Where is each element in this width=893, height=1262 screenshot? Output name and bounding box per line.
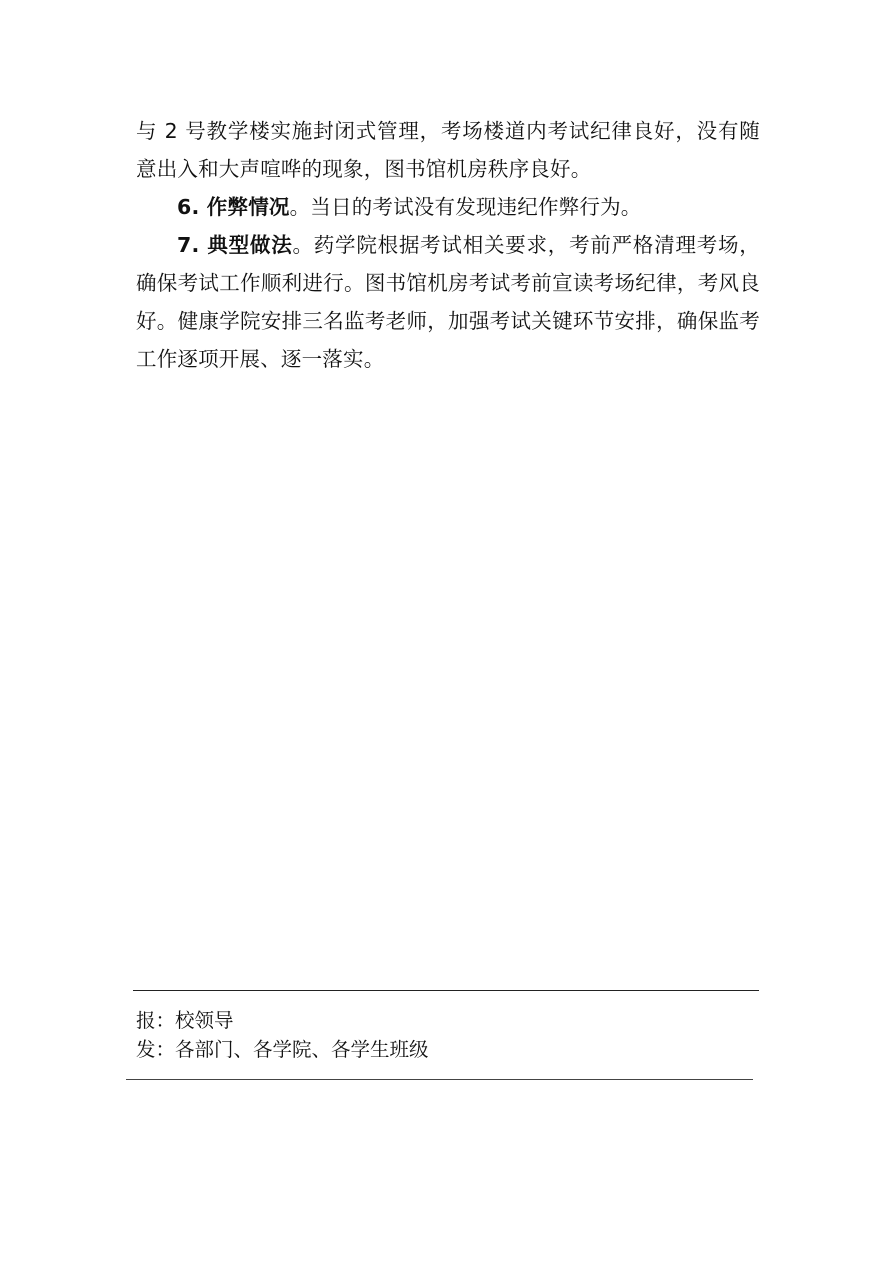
distribution-block: 报：校领导 发：各部门、各学院、各学生班级 bbox=[136, 1006, 429, 1064]
document-body: 与 2 号教学楼实施封闭式管理，考场楼道内考试纪律良好，没有随意出入和大声喧哗的… bbox=[136, 112, 760, 378]
paragraph-continuation: 与 2 号教学楼实施封闭式管理，考场楼道内考试纪律良好，没有随意出入和大声喧哗的… bbox=[136, 112, 760, 188]
item-heading: 6. 作弊情况 bbox=[177, 195, 290, 219]
report-to-label: 报： bbox=[136, 1009, 175, 1032]
paragraph-item-7: 7. 典型做法。药学院根据考试相关要求，考前严格清理考场，确保考试工作顺利进行。… bbox=[136, 226, 760, 378]
distribution-top-divider bbox=[133, 990, 759, 991]
distribution-bottom-divider bbox=[126, 1079, 753, 1080]
report-to-line: 报：校领导 bbox=[136, 1006, 429, 1035]
item-heading: 7. 典型做法 bbox=[177, 233, 292, 257]
send-to-value: 各部门、各学院、各学生班级 bbox=[175, 1038, 429, 1061]
paragraph-text: 。当日的考试没有发现违纪作弊行为。 bbox=[290, 195, 642, 219]
document-page: 与 2 号教学楼实施封闭式管理，考场楼道内考试纪律良好，没有随意出入和大声喧哗的… bbox=[0, 0, 893, 1262]
paragraph-text: 与 2 号教学楼实施封闭式管理，考场楼道内考试纪律良好，没有随意出入和大声喧哗的… bbox=[136, 119, 760, 181]
send-to-line: 发：各部门、各学院、各学生班级 bbox=[136, 1035, 429, 1064]
report-to-value: 校领导 bbox=[175, 1009, 234, 1032]
paragraph-item-6: 6. 作弊情况。当日的考试没有发现违纪作弊行为。 bbox=[136, 188, 760, 226]
send-to-label: 发： bbox=[136, 1038, 175, 1061]
